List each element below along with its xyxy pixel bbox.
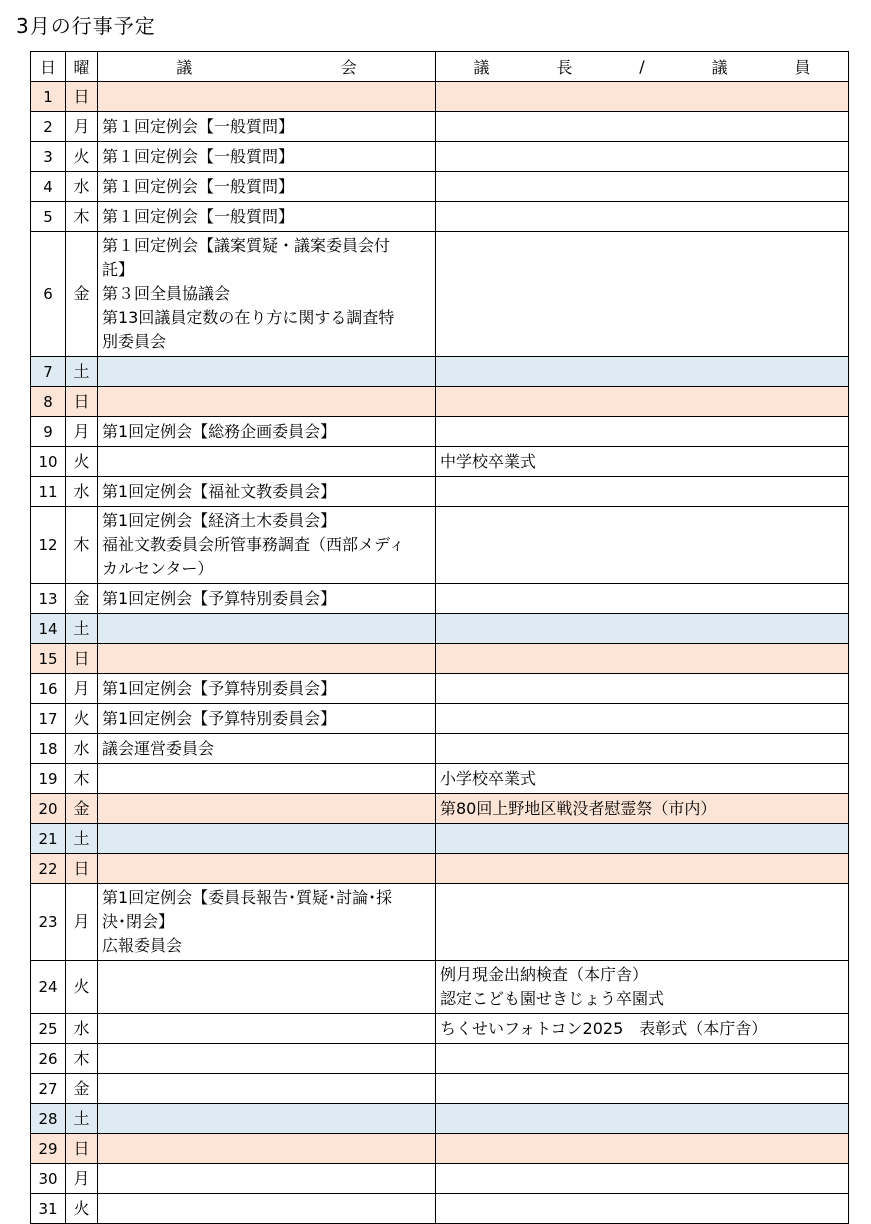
chairman-event-cell [436, 644, 849, 674]
chairman-event-cell [436, 1134, 849, 1164]
table-row: 12 木 第1回定例会【経済土木委員会】 福祉文教委員会所管事務調査（西部メディ… [31, 507, 849, 584]
weekday-cell: 月 [66, 417, 98, 447]
header-chairman: 議 長 / 議 員 [436, 52, 849, 82]
weekday-cell: 木 [66, 507, 98, 584]
council-event-cell [98, 1164, 436, 1194]
weekday-cell: 土 [66, 824, 98, 854]
chairman-event-cell [436, 477, 849, 507]
table-row: 17 火 第1回定例会【予算特別委員会】 [31, 704, 849, 734]
day-cell: 19 [31, 764, 66, 794]
council-event-cell [98, 824, 436, 854]
day-cell: 15 [31, 644, 66, 674]
council-event-cell [98, 854, 436, 884]
council-event-cell: 議会運営委員会 [98, 734, 436, 764]
chairman-event-cell [436, 1164, 849, 1194]
header-chairman-char: 議 [473, 55, 489, 78]
council-event-cell: 第1回定例会【予算特別委員会】 [98, 584, 436, 614]
table-row: 9 月 第1回定例会【総務企画委員会】 [31, 417, 849, 447]
day-cell: 23 [31, 884, 66, 961]
table-row: 6 金 第１回定例会【議案質疑・議案委員会付 託】 第３回全員協議会 第13回議… [31, 232, 849, 357]
day-cell: 20 [31, 794, 66, 824]
council-event-cell: 第1回定例会【予算特別委員会】 [98, 674, 436, 704]
header-council: 議 会 [98, 52, 436, 82]
weekday-cell: 日 [66, 854, 98, 884]
council-event-cell [98, 1074, 436, 1104]
council-event-cell [98, 82, 436, 112]
weekday-cell: 日 [66, 1134, 98, 1164]
table-row: 26 木 [31, 1044, 849, 1074]
council-event-cell [98, 644, 436, 674]
weekday-cell: 金 [66, 794, 98, 824]
header-chairman-char: / [639, 57, 644, 76]
day-cell: 9 [31, 417, 66, 447]
weekday-cell: 水 [66, 172, 98, 202]
chairman-event-cell [436, 1194, 849, 1224]
chairman-event-cell: 中学校卒業式 [436, 447, 849, 477]
council-event-cell: 第1回定例会【経済土木委員会】 福祉文教委員会所管事務調査（西部メディ カルセン… [98, 507, 436, 584]
council-event-cell [98, 1014, 436, 1044]
weekday-cell: 日 [66, 387, 98, 417]
weekday-cell: 金 [66, 232, 98, 357]
day-cell: 24 [31, 961, 66, 1014]
table-row: 18 水 議会運営委員会 [31, 734, 849, 764]
chairman-event-cell [436, 232, 849, 357]
table-row: 21 土 [31, 824, 849, 854]
weekday-cell: 土 [66, 1104, 98, 1134]
header-chairman-char: 長 [556, 55, 572, 78]
chairman-event-cell [436, 1044, 849, 1074]
weekday-cell: 火 [66, 961, 98, 1014]
day-cell: 27 [31, 1074, 66, 1104]
chairman-event-cell [436, 82, 849, 112]
chairman-event-cell [436, 1074, 849, 1104]
header-chairman-char: 議 [712, 55, 728, 78]
day-cell: 22 [31, 854, 66, 884]
day-cell: 26 [31, 1044, 66, 1074]
day-cell: 1 [31, 82, 66, 112]
council-event-cell: 第１回定例会【議案質疑・議案委員会付 託】 第３回全員協議会 第13回議員定数の… [98, 232, 436, 357]
weekday-cell: 月 [66, 674, 98, 704]
header-council-char: 会 [341, 55, 357, 78]
chairman-event-cell: 第80回上野地区戦没者慰霊祭（市内） [436, 794, 849, 824]
weekday-cell: 木 [66, 1044, 98, 1074]
council-event-cell: 第1回定例会【総務企画委員会】 [98, 417, 436, 447]
chairman-event-cell [436, 884, 849, 961]
council-event-cell [98, 1104, 436, 1134]
council-event-cell [98, 764, 436, 794]
council-event-cell: 第1回定例会【予算特別委員会】 [98, 704, 436, 734]
weekday-cell: 水 [66, 734, 98, 764]
council-event-cell [98, 794, 436, 824]
chairman-event-cell [436, 202, 849, 232]
chairman-event-cell [436, 507, 849, 584]
day-cell: 25 [31, 1014, 66, 1044]
table-row: 24 火 例月現金出納検査（本庁舎） 認定こども園せきじょう卒園式 [31, 961, 849, 1014]
council-event-cell [98, 1134, 436, 1164]
chairman-event-cell [436, 1104, 849, 1134]
weekday-cell: 木 [66, 764, 98, 794]
schedule-table: 日 曜 議 会 議 長 / 議 員 [30, 51, 849, 1224]
council-event-cell: 第1回定例会【委員長報告･質疑･討論･採 決･閉会】 広報委員会 [98, 884, 436, 961]
council-event-cell [98, 1194, 436, 1224]
day-cell: 8 [31, 387, 66, 417]
table-row: 23 月 第1回定例会【委員長報告･質疑･討論･採 決･閉会】 広報委員会 [31, 884, 849, 961]
chairman-event-cell [436, 357, 849, 387]
council-event-cell [98, 387, 436, 417]
chairman-event-cell: 小学校卒業式 [436, 764, 849, 794]
chairman-event-cell [436, 417, 849, 447]
table-row: 4 水 第１回定例会【一般質問】 [31, 172, 849, 202]
day-cell: 11 [31, 477, 66, 507]
chairman-event-cell [436, 824, 849, 854]
council-event-cell: 第１回定例会【一般質問】 [98, 202, 436, 232]
day-cell: 16 [31, 674, 66, 704]
weekday-cell: 土 [66, 614, 98, 644]
council-event-cell [98, 961, 436, 1014]
weekday-cell: 日 [66, 644, 98, 674]
day-cell: 17 [31, 704, 66, 734]
council-event-cell: 第1回定例会【福祉文教委員会】 [98, 477, 436, 507]
council-event-cell: 第１回定例会【一般質問】 [98, 172, 436, 202]
council-event-cell: 第１回定例会【一般質問】 [98, 112, 436, 142]
table-row: 14 土 [31, 614, 849, 644]
weekday-cell: 日 [66, 82, 98, 112]
page-title: 3月の行事予定 [0, 0, 871, 51]
weekday-cell: 月 [66, 884, 98, 961]
day-cell: 4 [31, 172, 66, 202]
weekday-cell: 月 [66, 112, 98, 142]
weekday-cell: 金 [66, 584, 98, 614]
weekday-cell: 水 [66, 1014, 98, 1044]
table-row: 10 火 中学校卒業式 [31, 447, 849, 477]
chairman-event-cell [436, 584, 849, 614]
schedule-body: 1 日 2 月 第１回定例会【一般質問】 3 火 第１回定例会【一般質問】 4 … [31, 82, 849, 1224]
day-cell: 31 [31, 1194, 66, 1224]
day-cell: 7 [31, 357, 66, 387]
table-row: 8 日 [31, 387, 849, 417]
chairman-event-cell: ちくせいフォトコン2025 表彰式（本庁舎） [436, 1014, 849, 1044]
chairman-event-cell [436, 674, 849, 704]
chairman-event-cell [436, 704, 849, 734]
table-row: 3 火 第１回定例会【一般質問】 [31, 142, 849, 172]
table-row: 20 金 第80回上野地区戦没者慰霊祭（市内） [31, 794, 849, 824]
day-cell: 18 [31, 734, 66, 764]
chairman-event-cell [436, 112, 849, 142]
weekday-cell: 火 [66, 1194, 98, 1224]
council-event-cell [98, 447, 436, 477]
day-cell: 29 [31, 1134, 66, 1164]
table-row: 19 木 小学校卒業式 [31, 764, 849, 794]
weekday-cell: 月 [66, 1164, 98, 1194]
table-row: 30 月 [31, 1164, 849, 1194]
day-cell: 6 [31, 232, 66, 357]
schedule-page: 3月の行事予定 日 曜 議 会 議 長 [0, 0, 871, 1224]
council-event-cell [98, 1044, 436, 1074]
table-row: 2 月 第１回定例会【一般質問】 [31, 112, 849, 142]
day-cell: 2 [31, 112, 66, 142]
table-row: 29 日 [31, 1134, 849, 1164]
table-row: 31 火 [31, 1194, 849, 1224]
chairman-event-cell [436, 854, 849, 884]
chairman-event-cell [436, 734, 849, 764]
chairman-event-cell: 例月現金出納検査（本庁舎） 認定こども園せきじょう卒園式 [436, 961, 849, 1014]
table-row: 22 日 [31, 854, 849, 884]
day-cell: 3 [31, 142, 66, 172]
weekday-cell: 火 [66, 142, 98, 172]
table-row: 13 金 第1回定例会【予算特別委員会】 [31, 584, 849, 614]
table-row: 16 月 第1回定例会【予算特別委員会】 [31, 674, 849, 704]
weekday-cell: 火 [66, 704, 98, 734]
council-event-cell: 第１回定例会【一般質問】 [98, 142, 436, 172]
table-row: 15 日 [31, 644, 849, 674]
header-day: 日 [31, 52, 66, 82]
weekday-cell: 金 [66, 1074, 98, 1104]
table-row: 25 水 ちくせいフォトコン2025 表彰式（本庁舎） [31, 1014, 849, 1044]
table-row: 7 土 [31, 357, 849, 387]
day-cell: 13 [31, 584, 66, 614]
day-cell: 14 [31, 614, 66, 644]
weekday-cell: 木 [66, 202, 98, 232]
table-row: 1 日 [31, 82, 849, 112]
day-cell: 30 [31, 1164, 66, 1194]
council-event-cell [98, 357, 436, 387]
header-council-char: 議 [176, 55, 192, 78]
table-row: 28 土 [31, 1104, 849, 1134]
weekday-cell: 土 [66, 357, 98, 387]
day-cell: 10 [31, 447, 66, 477]
weekday-cell: 水 [66, 477, 98, 507]
chairman-event-cell [436, 387, 849, 417]
header-weekday: 曜 [66, 52, 98, 82]
table-row: 5 木 第１回定例会【一般質問】 [31, 202, 849, 232]
council-event-cell [98, 614, 436, 644]
chairman-event-cell [436, 142, 849, 172]
day-cell: 28 [31, 1104, 66, 1134]
table-row: 11 水 第1回定例会【福祉文教委員会】 [31, 477, 849, 507]
day-cell: 21 [31, 824, 66, 854]
header-chairman-char: 員 [795, 55, 811, 78]
weekday-cell: 火 [66, 447, 98, 477]
day-cell: 12 [31, 507, 66, 584]
chairman-event-cell [436, 172, 849, 202]
header-row: 日 曜 議 会 議 長 / 議 員 [31, 52, 849, 82]
chairman-event-cell [436, 614, 849, 644]
table-row: 27 金 [31, 1074, 849, 1104]
day-cell: 5 [31, 202, 66, 232]
